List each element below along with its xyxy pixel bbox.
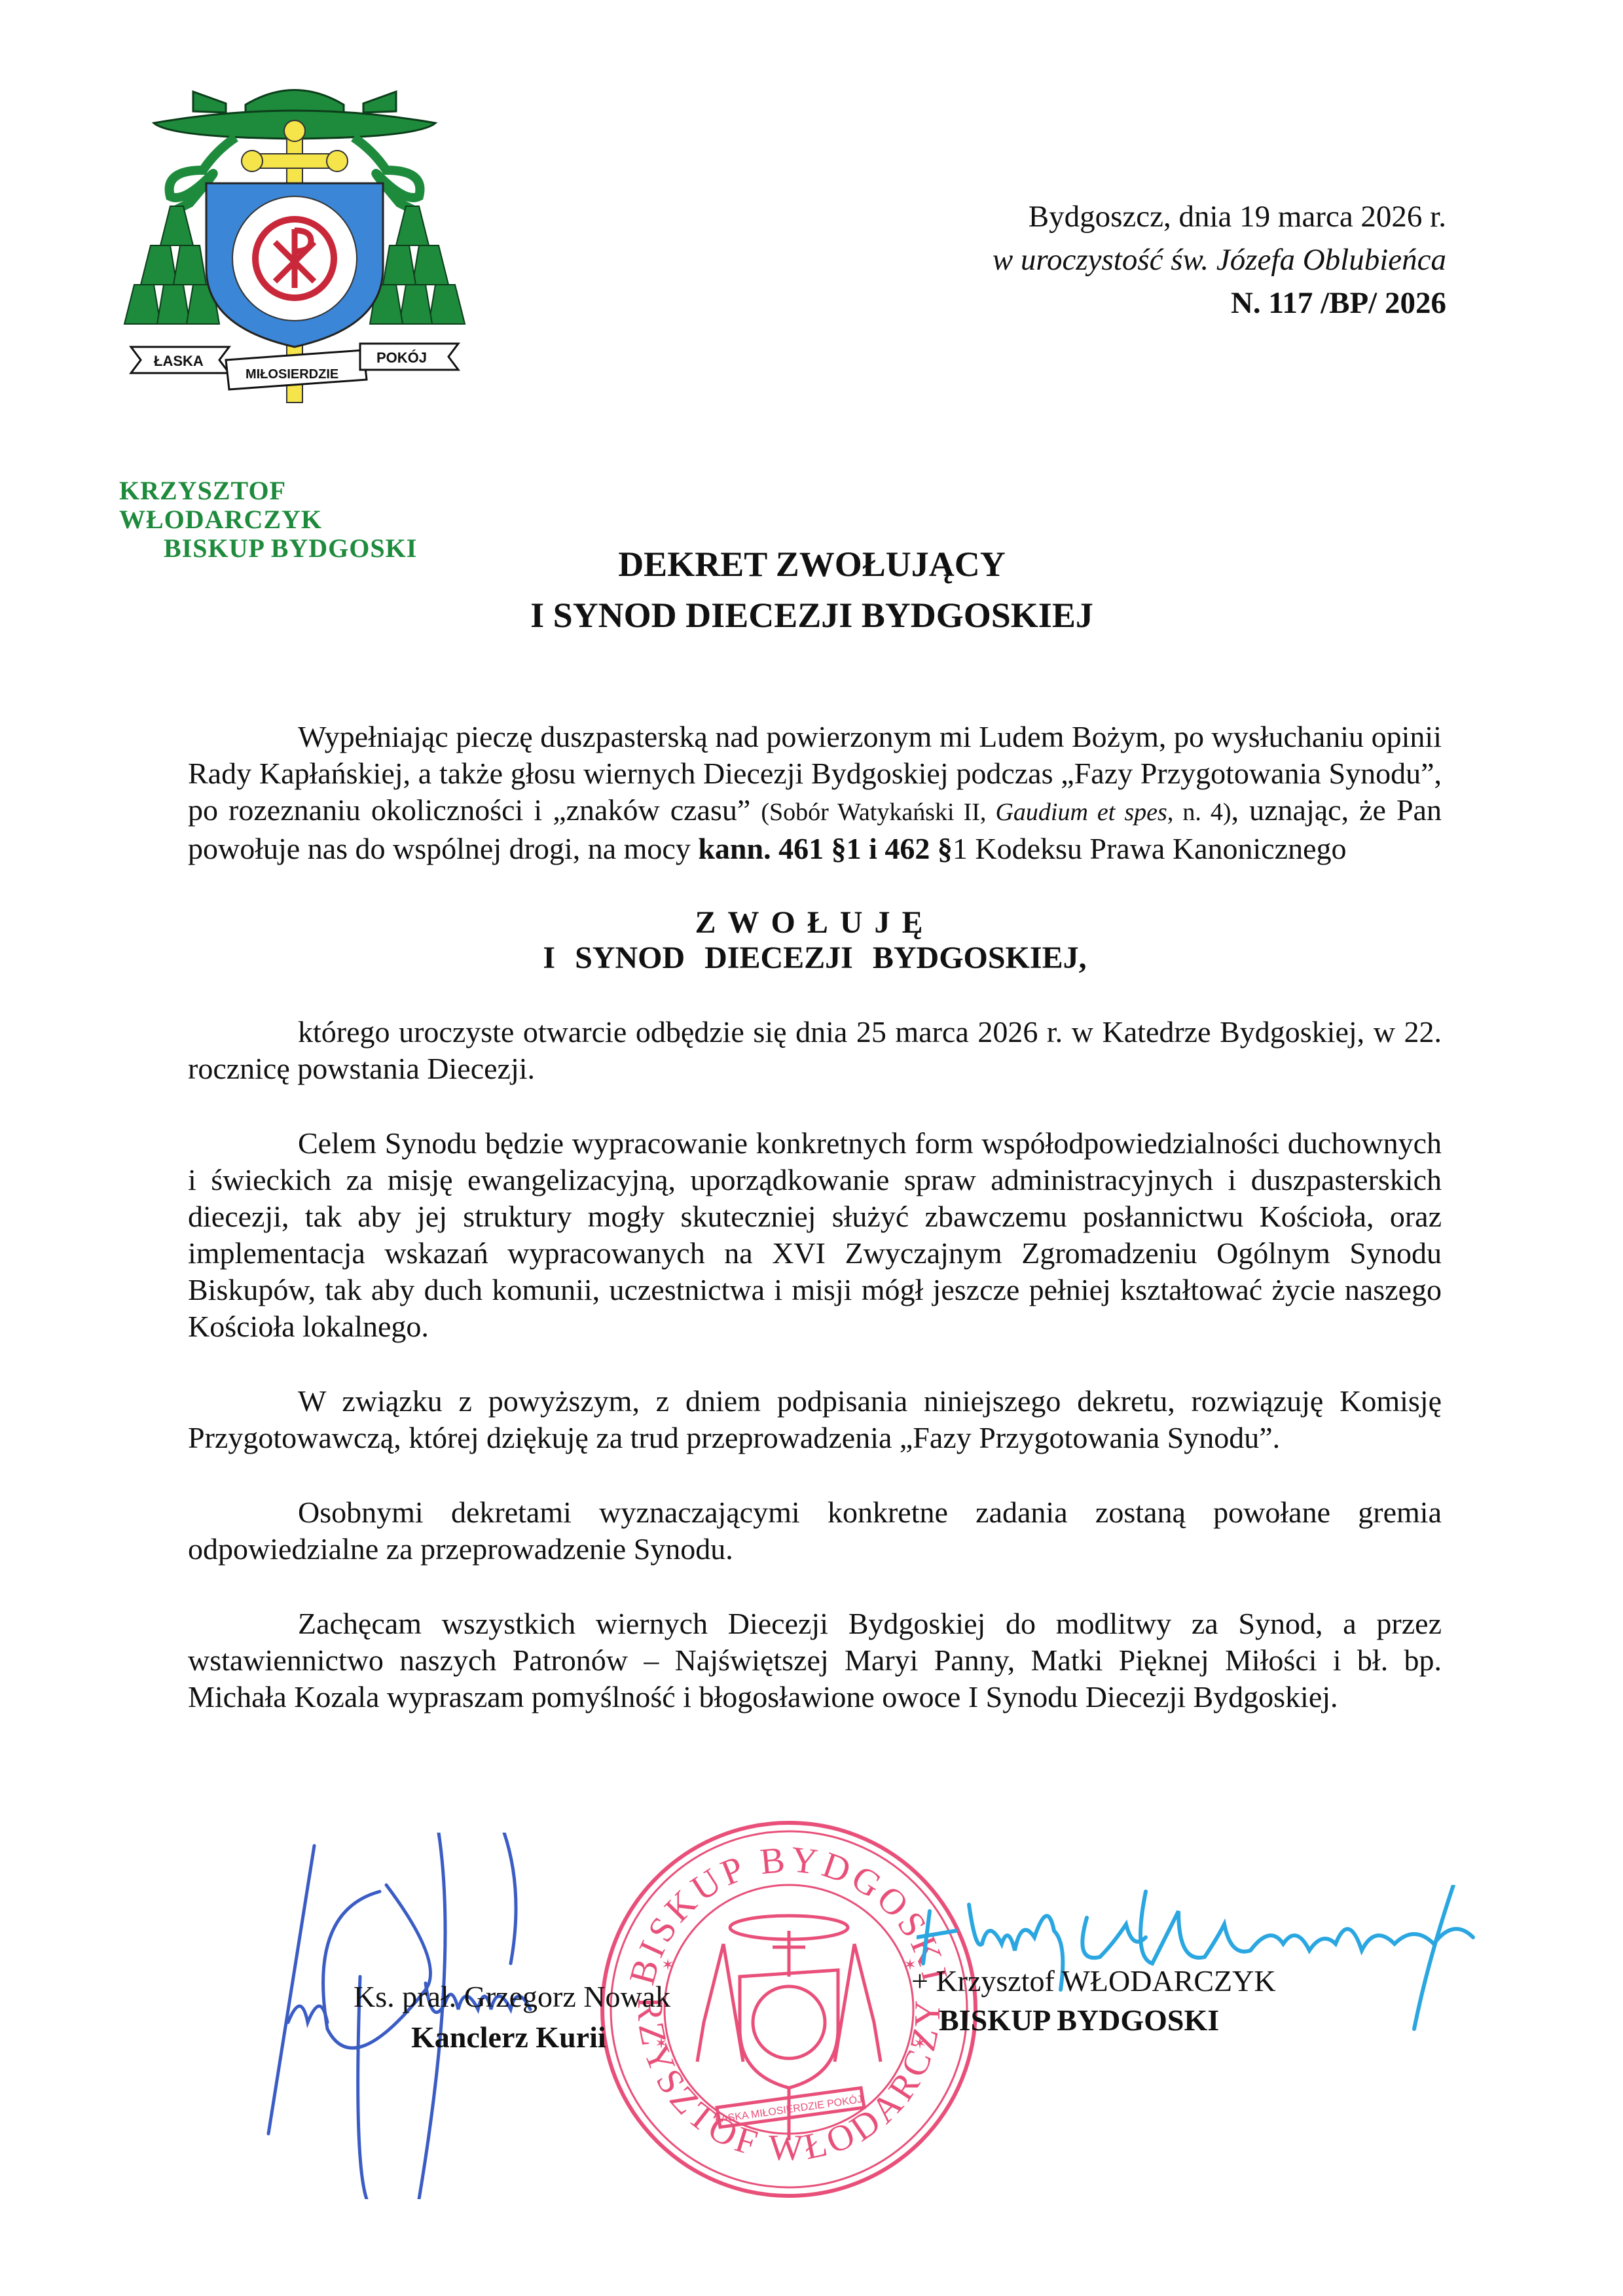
document-title: DEKRET ZWOŁUJĄCY I SYNOD DIECEZJI BYDGOS… (177, 539, 1447, 641)
chancellor-role: Kanclerz Kurii (354, 2017, 670, 2058)
svg-text:MIŁOSIERDZIE: MIŁOSIERDZIE (246, 367, 338, 382)
paragraph-goal: Celem Synodu będzie wypracowanie konkret… (188, 1125, 1442, 1345)
chancellor-signature-block: Ks. prał. Grzegorz Nowak Kanclerz Kurii (354, 1977, 670, 2058)
reference-number: N. 117 /BP/ 2026 (993, 281, 1446, 325)
bishop-name: + Krzysztof WŁODARCZYK (911, 1962, 1276, 2001)
declaration-object: I SYNOD DIECEZJI BYDGOSKIEJ, (188, 941, 1442, 976)
paragraph-prayer: Zachęcam wszystkich wiernych Diecezji By… (188, 1605, 1442, 1715)
svg-text:ŁASKA: ŁASKA (154, 353, 204, 369)
svg-text:POKÓJ: POKÓJ (376, 350, 427, 366)
declaration-verb: ZWOŁUJĘ (188, 905, 1442, 941)
occasion: w uroczystość św. Józefa Oblubieńca (993, 238, 1446, 281)
place-date: Bydgoszcz, dnia 19 marca 2026 r. (993, 195, 1446, 238)
caption-name: KRZYSZTOF WŁODARCZYK (111, 476, 478, 534)
title-line-1: DEKRET ZWOŁUJĄCY (177, 539, 1447, 590)
declaration: ZWOŁUJĘ I SYNOD DIECEZJI BYDGOSKIEJ, (188, 905, 1442, 976)
chancellor-name: Ks. prał. Grzegorz Nowak (354, 1977, 670, 2017)
title-line-2: I SYNOD DIECEZJI BYDGOSKIEJ (177, 590, 1447, 641)
coat-of-arms: ŁASKA MIŁOSIERDZIE POKÓJ (111, 72, 478, 471)
paragraph-opening: którego uroczyste otwarcie odbędzie się … (188, 1014, 1442, 1087)
intro-paragraph: Wypełniając pieczę duszpasterską nad pow… (188, 719, 1442, 867)
paragraph-bodies: Osobnymi dekretami wyznaczającymi konkre… (188, 1494, 1442, 1568)
bishop-role: BISKUP BYDGOSKI (911, 2001, 1276, 2040)
coat-of-arms-icon: ŁASKA MIŁOSIERDZIE POKÓJ (111, 72, 478, 471)
document-body: Wypełniając pieczę duszpasterską nad pow… (188, 719, 1442, 1715)
bishop-signature-block: + Krzysztof WŁODARCZYK BISKUP BYDGOSKI (911, 1962, 1276, 2040)
paragraph-commission: W związku z powyższym, z dniem podpisani… (188, 1383, 1442, 1456)
document-header: Bydgoszcz, dnia 19 marca 2026 r. w urocz… (993, 195, 1446, 325)
